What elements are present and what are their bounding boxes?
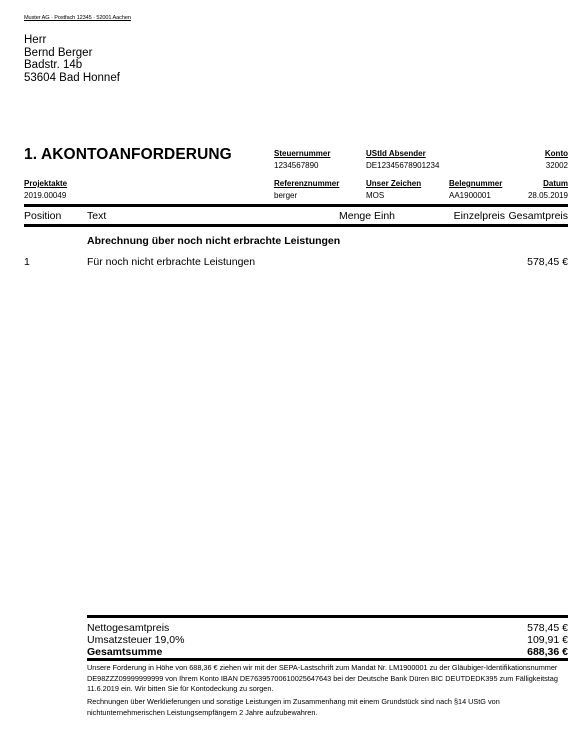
totals-top-rule bbox=[87, 615, 568, 618]
steuernummer-label: Steuernummer bbox=[274, 149, 330, 158]
recipient-salutation: Herr bbox=[24, 34, 46, 47]
konto-label: Konto bbox=[545, 149, 568, 158]
referenz-value: berger bbox=[274, 191, 297, 200]
recipient-name: Bernd Berger bbox=[24, 47, 92, 60]
header-gesamtpreis: Gesamtpreis bbox=[508, 210, 568, 222]
row-text: Für noch nicht erbrachte Leistungen bbox=[87, 256, 255, 268]
sepa-note: Unsere Forderung in Höhe von 688,36 € zi… bbox=[87, 663, 572, 695]
recipient-street: Badstr. 14b bbox=[24, 59, 82, 72]
datum-value: 28.05.2019 bbox=[528, 191, 568, 200]
section-title: Abrechnung über noch nicht erbrachte Lei… bbox=[87, 235, 340, 247]
referenz-label: Referenznummer bbox=[274, 179, 339, 188]
netto-value: 578,45 € bbox=[527, 622, 568, 634]
header-einzelpreis: Einzelpreis bbox=[454, 210, 505, 222]
ust-label: Umsatzsteuer 19,0% bbox=[87, 634, 184, 646]
document-title: 1. AKONTOANFORDERUNG bbox=[24, 146, 232, 164]
ustid-value: DE12345678901234 bbox=[366, 161, 439, 170]
steuernummer-value: 1234567890 bbox=[274, 161, 319, 170]
zeichen-value: MOS bbox=[366, 191, 384, 200]
recipient-city: 53604 Bad Honnef bbox=[24, 72, 120, 85]
ustid-label: UStId Absender bbox=[366, 149, 426, 158]
gesamt-label: Gesamtsumme bbox=[87, 646, 162, 658]
gesamt-value: 688,36 € bbox=[527, 646, 568, 658]
table-header-top-rule bbox=[24, 204, 568, 207]
beleg-value: AA1900001 bbox=[449, 191, 491, 200]
header-menge: Menge bbox=[339, 210, 371, 222]
netto-label: Nettogesamtpreis bbox=[87, 622, 169, 634]
projektakte-label: Projektakte bbox=[24, 179, 67, 188]
beleg-label: Belegnummer bbox=[449, 179, 502, 188]
row-gesamtpreis: 578,45 € bbox=[527, 256, 568, 268]
header-position: Position bbox=[24, 210, 61, 222]
table-header-bottom-rule bbox=[24, 224, 568, 227]
header-text: Text bbox=[87, 210, 106, 222]
row-position: 1 bbox=[24, 256, 30, 268]
retention-note: Rechnungen über Werklieferungen und sons… bbox=[87, 697, 572, 718]
totals-bottom-rule bbox=[87, 658, 568, 661]
konto-value: 32002 bbox=[546, 161, 568, 170]
sender-line: Muster AG · Postfach 12345 · 52001 Aache… bbox=[24, 15, 131, 21]
ust-value: 109,91 € bbox=[527, 634, 568, 646]
zeichen-label: Unser Zeichen bbox=[366, 179, 421, 188]
header-einh: Einh bbox=[374, 210, 395, 222]
projektakte-value: 2019.00049 bbox=[24, 191, 66, 200]
datum-label: Datum bbox=[543, 179, 568, 188]
